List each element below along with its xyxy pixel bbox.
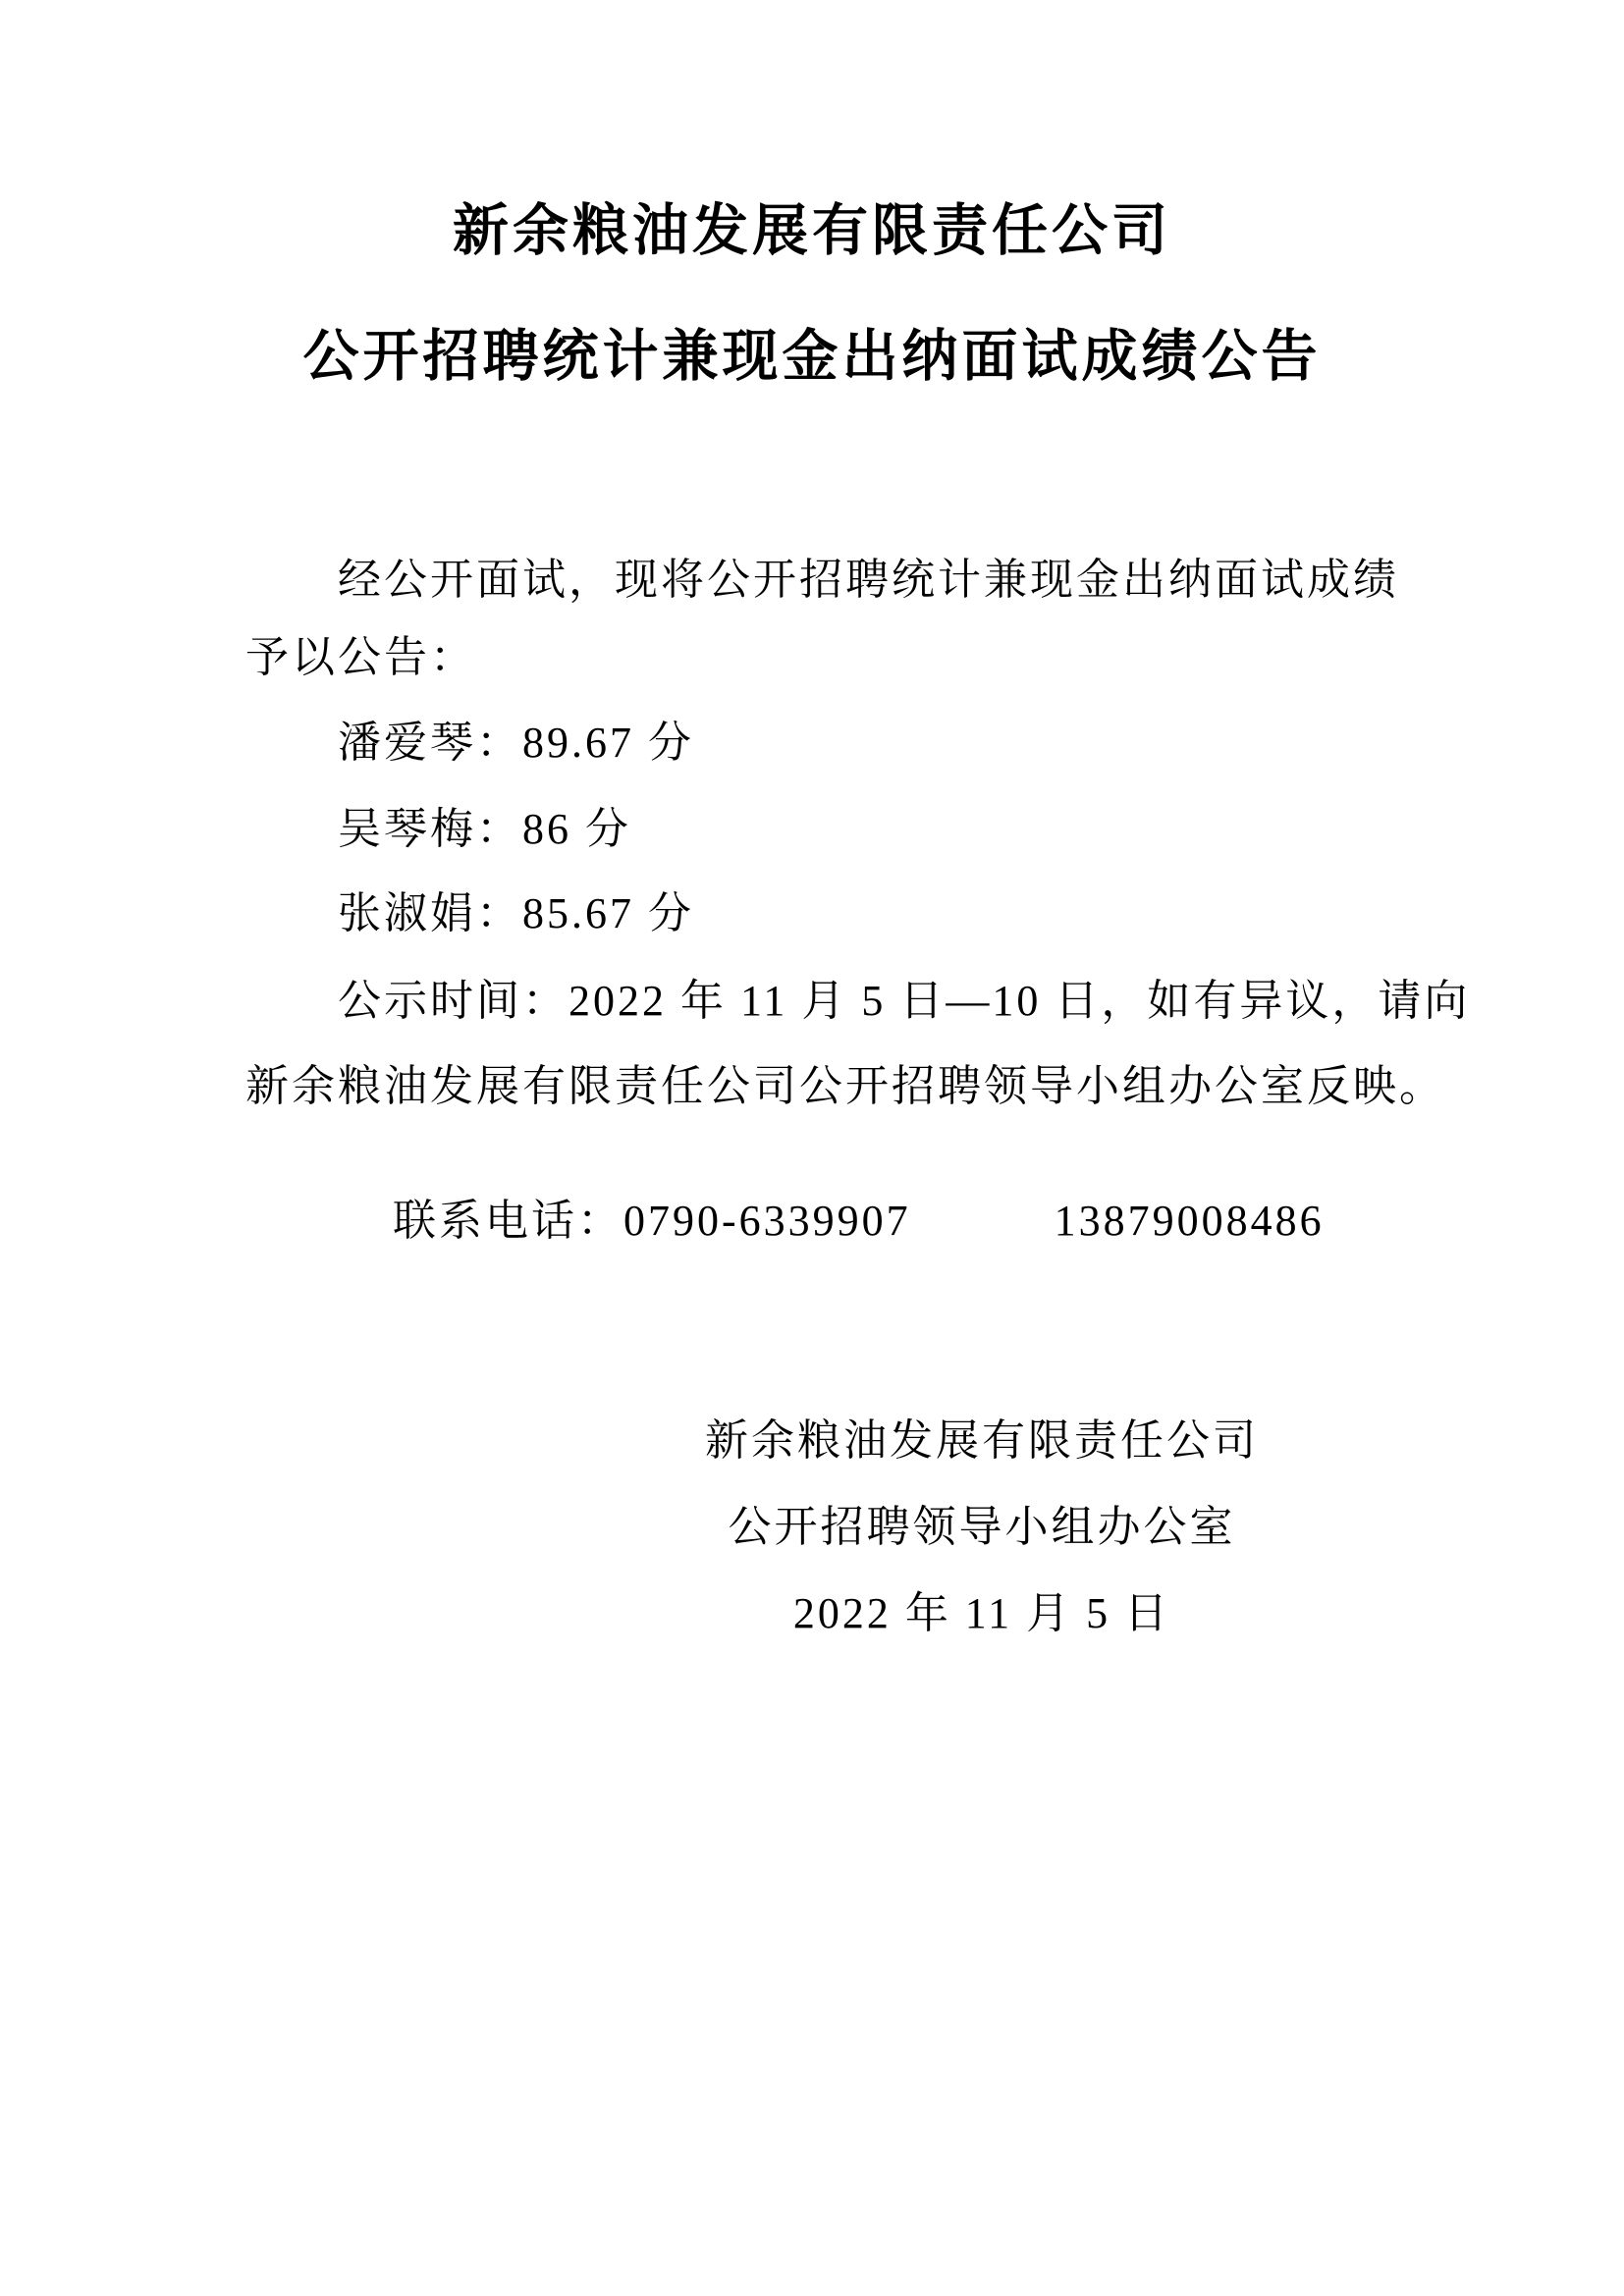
document-title-company: 新余粮油发展有限责任公司 — [0, 201, 1624, 263]
score-line-pan-aiqin: 潘爱琴：89.67 分 — [338, 719, 694, 767]
signature-company: 新余粮油发展有限责任公司 — [705, 1398, 1259, 1484]
contact-phone-landline: 0790-6339907 — [623, 1197, 911, 1245]
signature-block: 新余粮油发展有限责任公司 公开招聘领导小组办公室 2022 年 11 月 5 日 — [705, 1398, 1259, 1657]
signature-date: 2022 年 11 月 5 日 — [705, 1571, 1259, 1657]
document-page: 新余粮油发展有限责任公司 公开招聘统计兼现金出纳面试成绩公告 经公开面试，现将公… — [0, 0, 1624, 2296]
publicity-period-line1: 公示时间：2022 年 11 月 5 日—10 日，如有异议，请向 — [338, 977, 1470, 1025]
signature-office: 公开招聘领导小组办公室 — [705, 1484, 1259, 1571]
score-line-wu-qinmei: 吴琴梅：86 分 — [338, 805, 631, 853]
intro-paragraph-line2: 予以公告： — [245, 633, 476, 681]
score-line-zhang-shujuan: 张淑娟：85.67 分 — [338, 889, 694, 937]
contact-label: 联系电话： — [393, 1197, 623, 1245]
intro-paragraph-line1: 经公开面试，现将公开招聘统计兼现金出纳面试成绩 — [338, 556, 1399, 604]
publicity-period-line2: 新余粮油发展有限责任公司公开招聘领导小组办公室反映。 — [245, 1062, 1445, 1110]
document-title-announcement: 公开招聘统计兼现金出纳面试成绩公告 — [0, 327, 1624, 389]
contact-phone-mobile: 13879008486 — [1055, 1197, 1325, 1245]
contact-line: 联系电话：0790-633990713879008486 — [338, 1148, 1325, 1294]
